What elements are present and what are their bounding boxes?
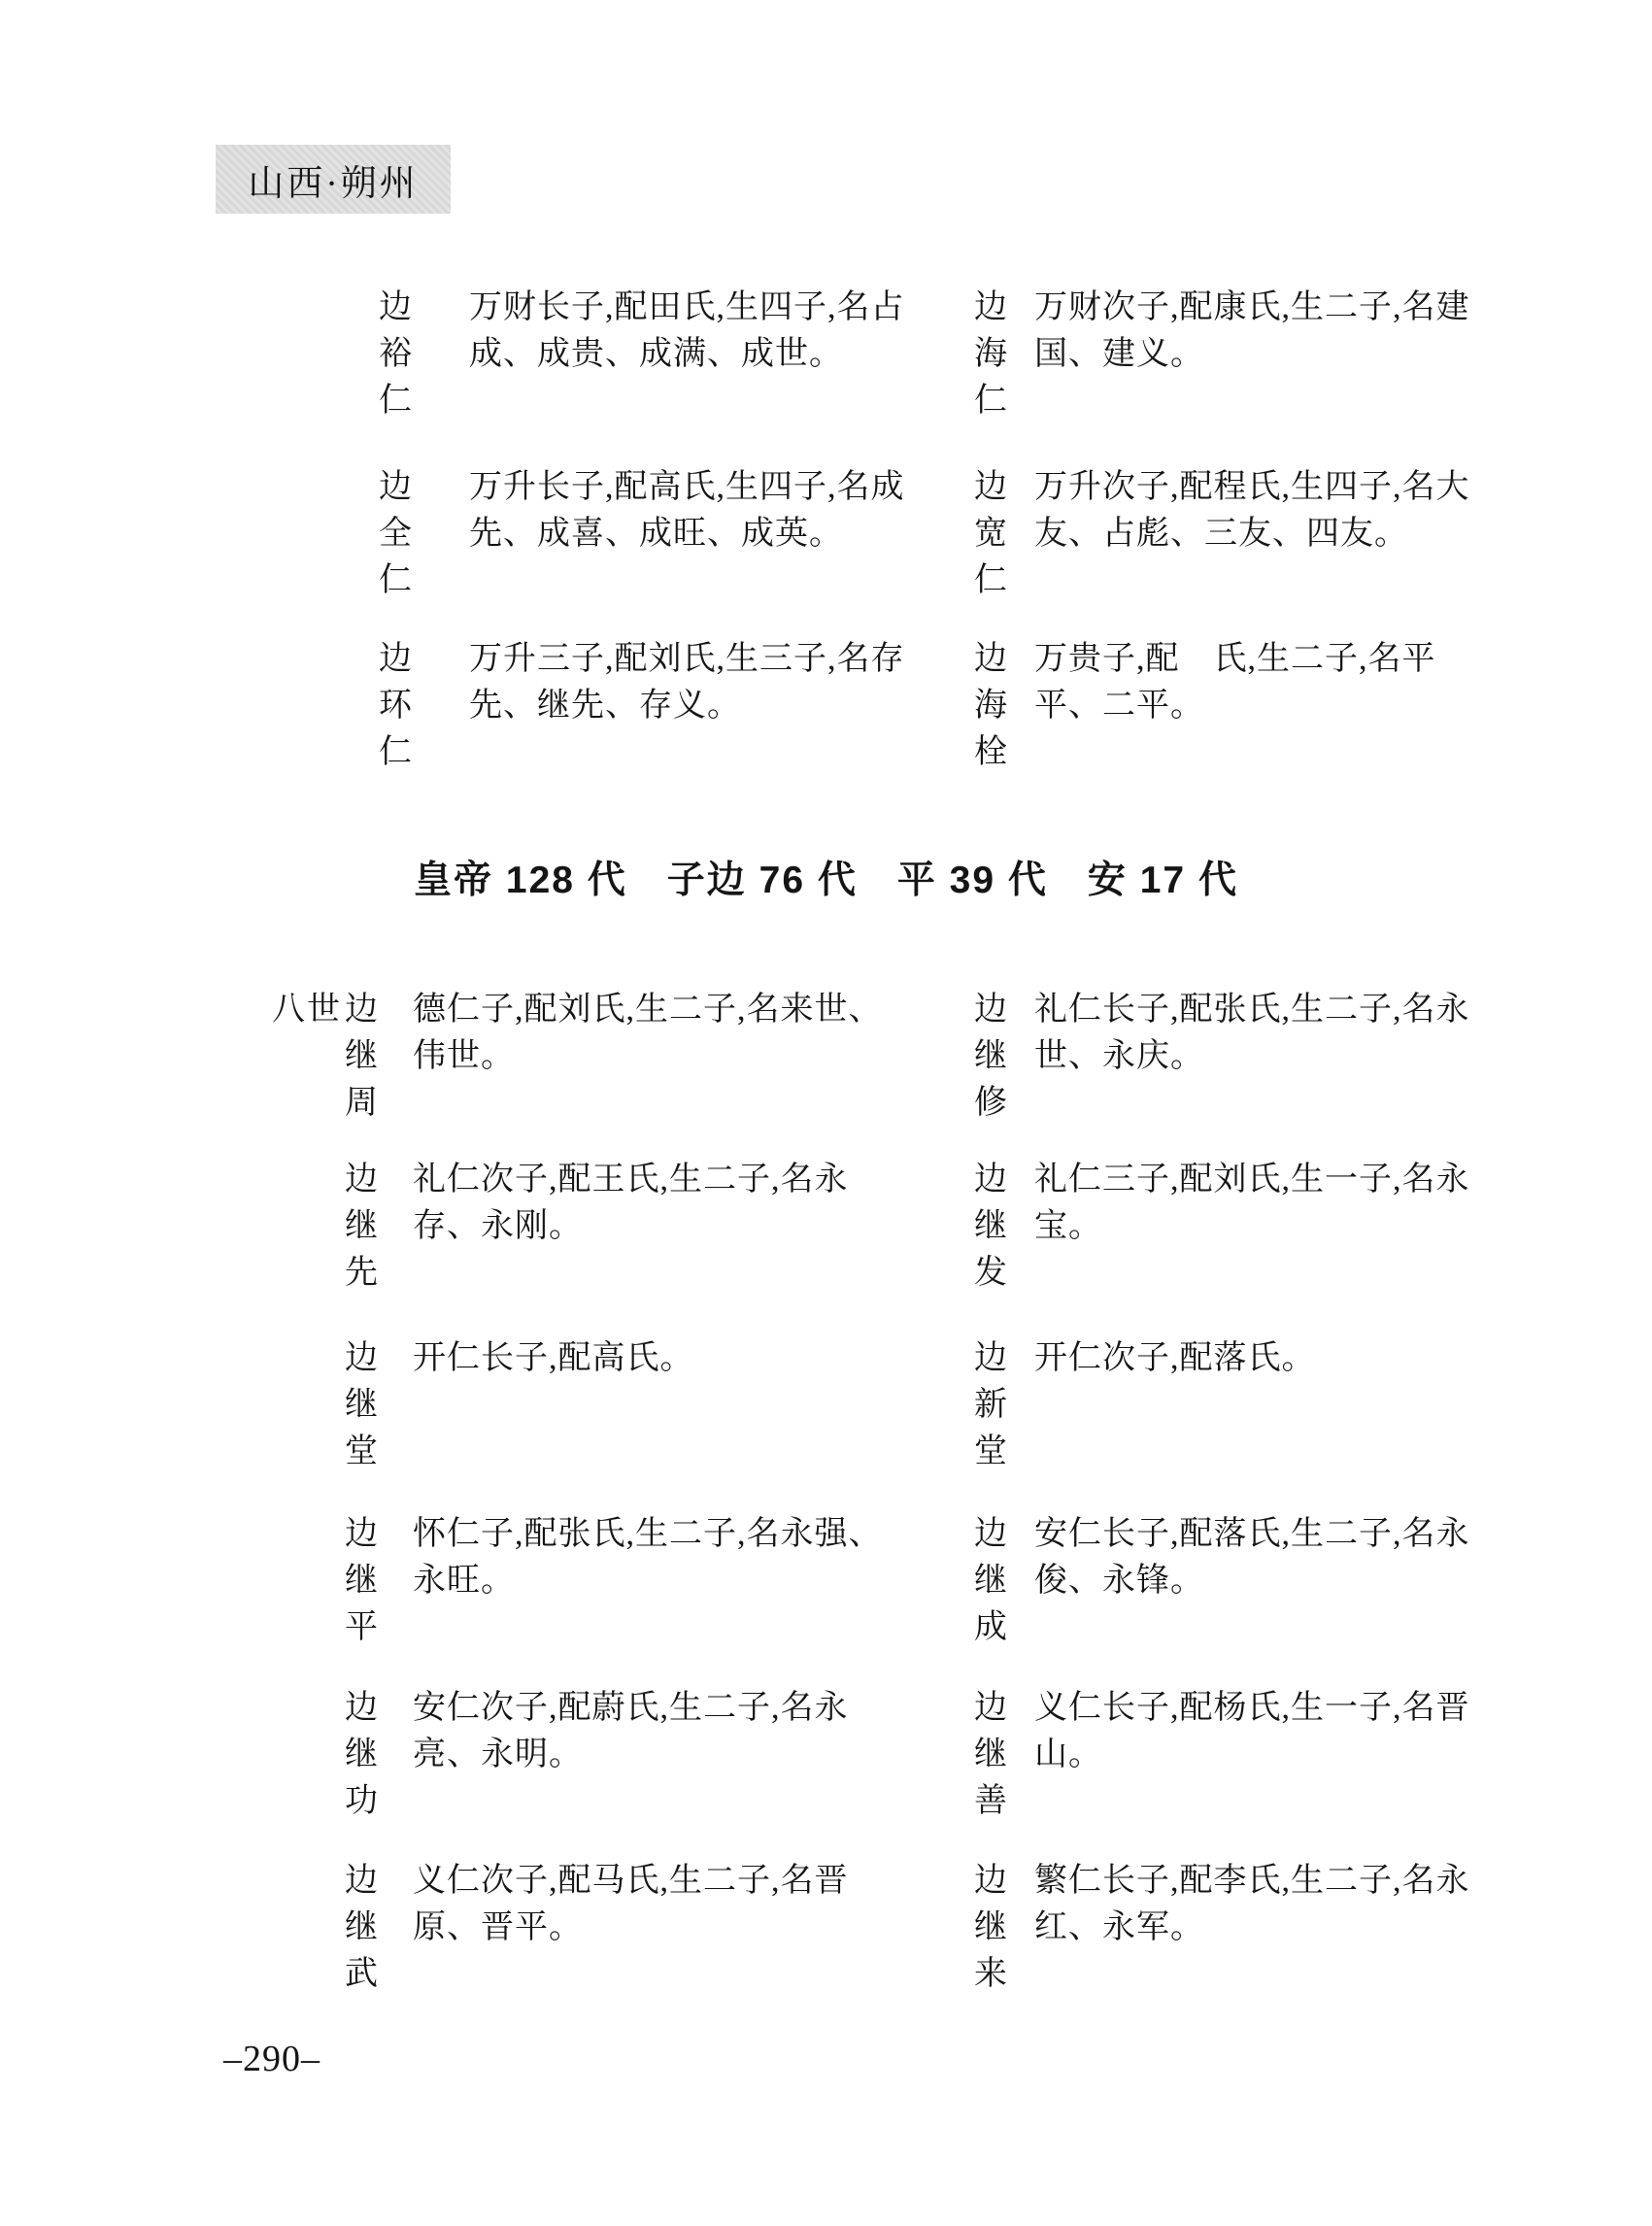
entry-right: 边继发 礼仁三子,配刘氏,生一子,名永宝。	[974, 1157, 1483, 1297]
person-record: 万财次子,配康氏,生二子,名建国、建义。	[1034, 285, 1483, 378]
person-record: 万升次子,配程氏,生四子,名大友、占彪、三友、四友。	[1034, 464, 1483, 557]
entry-row: 边裕仁 万财长子,配田氏,生四子,名占成、成贵、成满、成世。 边海仁 万财次子,…	[0, 285, 1652, 430]
entry-right: 边继成 安仁长子,配落氏,生二子,名永俊、永锋。	[974, 1511, 1483, 1651]
entry-left: 边继先 礼仁次子,配王氏,生二子,名永存、永刚。	[345, 1157, 893, 1297]
person-record: 万升长子,配高氏,生四子,名成先、成喜、成旺、成英。	[469, 464, 914, 557]
entry-right: 边继修 礼仁长子,配张氏,生二子,名永世、永庆。	[974, 987, 1483, 1127]
person-record: 德仁子,配刘氏,生二子,名来世、伟世。	[413, 987, 893, 1080]
entry-row: 边继堂 开仁长子,配高氏。 边新堂 开仁次子,配落氏。	[0, 1335, 1652, 1481]
person-record: 安仁长子,配落氏,生二子,名永俊、永锋。	[1034, 1511, 1483, 1604]
entry-right: 边海栓 万贵子,配 氏,生二子,名平平、二平。	[974, 636, 1483, 776]
entry-row: 边继功 安仁次子,配蔚氏,生二子,名永亮、永明。 边继善 义仁长子,配杨氏,生一…	[0, 1685, 1652, 1831]
entry-row: 边环仁 万升三子,配刘氏,生三子,名存先、继先、存义。 边海栓 万贵子,配 氏,…	[0, 636, 1652, 782]
person-name: 边继武	[345, 1858, 380, 1998]
person-name: 边继善	[974, 1685, 1009, 1825]
entry-left: 边继周 德仁子,配刘氏,生二子,名来世、伟世。	[345, 987, 893, 1127]
generation-marker: 八世	[272, 987, 342, 1033]
person-name: 边全仁	[379, 464, 414, 604]
page-number: –290–	[223, 2038, 320, 2080]
entry-left: 边继功 安仁次子,配蔚氏,生二子,名永亮、永明。	[345, 1685, 893, 1825]
person-record: 礼仁三子,配刘氏,生一子,名永宝。	[1034, 1157, 1483, 1250]
person-name: 边继成	[974, 1511, 1009, 1651]
region-badge-label: 山西·朔州	[248, 153, 418, 206]
region-badge: 山西·朔州	[216, 145, 451, 214]
person-name: 边环仁	[379, 636, 414, 776]
entry-left: 边裕仁 万财长子,配田氏,生四子,名占成、成贵、成满、成世。	[379, 285, 914, 424]
person-name: 边继先	[345, 1157, 380, 1297]
person-name: 边继平	[345, 1511, 380, 1651]
person-record: 开仁次子,配落氏。	[1034, 1335, 1483, 1382]
entry-row: 边继武 义仁次子,配马氏,生二子,名晋原、晋平。 边继来 繁仁长子,配李氏,生二…	[0, 1858, 1652, 2004]
entry-left: 边全仁 万升长子,配高氏,生四子,名成先、成喜、成旺、成英。	[379, 464, 914, 604]
entry-left: 边继武 义仁次子,配马氏,生二子,名晋原、晋平。	[345, 1858, 893, 1998]
person-name: 边继来	[974, 1858, 1009, 1998]
entry-row: 八世 边继周 德仁子,配刘氏,生二子,名来世、伟世。 边继修 礼仁长子,配张氏,…	[0, 987, 1652, 1132]
entry-row: 边继先 礼仁次子,配王氏,生二子,名永存、永刚。 边继发 礼仁三子,配刘氏,生一…	[0, 1157, 1652, 1302]
person-record: 万财长子,配田氏,生四子,名占成、成贵、成满、成世。	[469, 285, 914, 378]
person-name: 边裕仁	[379, 285, 414, 424]
entry-right: 边继善 义仁长子,配杨氏,生一子,名晋山。	[974, 1685, 1483, 1825]
person-name: 边继修	[974, 987, 1009, 1127]
person-record: 繁仁长子,配李氏,生二子,名永红、永军。	[1034, 1858, 1483, 1951]
entry-right: 边宽仁 万升次子,配程氏,生四子,名大友、占彪、三友、四友。	[974, 464, 1483, 604]
person-record: 礼仁次子,配王氏,生二子,名永存、永刚。	[413, 1157, 893, 1250]
entry-row: 边全仁 万升长子,配高氏,生四子,名成先、成喜、成旺、成英。 边宽仁 万升次子,…	[0, 464, 1652, 610]
person-record: 万升三子,配刘氏,生三子,名存先、继先、存义。	[469, 636, 914, 729]
person-record: 礼仁长子,配张氏,生二子,名永世、永庆。	[1034, 987, 1483, 1080]
person-name: 边继功	[345, 1685, 380, 1825]
person-record: 义仁次子,配马氏,生二子,名晋原、晋平。	[413, 1858, 893, 1951]
entry-row: 边继平 怀仁子,配张氏,生二子,名永强、永旺。 边继成 安仁长子,配落氏,生二子…	[0, 1511, 1652, 1657]
generation-count-heading: 皇帝 128 代 子边 76 代 平 39 代 安 17 代	[0, 859, 1652, 903]
entry-right: 边新堂 开仁次子,配落氏。	[974, 1335, 1483, 1475]
entry-right: 边海仁 万财次子,配康氏,生二子,名建国、建义。	[974, 285, 1483, 424]
entry-left: 边继平 怀仁子,配张氏,生二子,名永强、永旺。	[345, 1511, 893, 1651]
person-record: 开仁长子,配高氏。	[413, 1335, 893, 1382]
person-name: 边继发	[974, 1157, 1009, 1297]
person-name: 边海仁	[974, 285, 1009, 424]
person-name: 边继堂	[345, 1335, 380, 1475]
genealogy-page: 山西·朔州 边裕仁 万财长子,配田氏,生四子,名占成、成贵、成满、成世。 边海仁…	[0, 0, 1652, 2226]
entry-right: 边继来 繁仁长子,配李氏,生二子,名永红、永军。	[974, 1858, 1483, 1998]
person-record: 义仁长子,配杨氏,生一子,名晋山。	[1034, 1685, 1483, 1778]
person-name: 边海栓	[974, 636, 1009, 776]
person-record: 万贵子,配 氏,生二子,名平平、二平。	[1034, 636, 1483, 729]
person-name: 边新堂	[974, 1335, 1009, 1475]
entry-left: 边继堂 开仁长子,配高氏。	[345, 1335, 893, 1475]
person-name: 边宽仁	[974, 464, 1009, 604]
person-record: 安仁次子,配蔚氏,生二子,名永亮、永明。	[413, 1685, 893, 1778]
person-record: 怀仁子,配张氏,生二子,名永强、永旺。	[413, 1511, 893, 1604]
person-name: 边继周	[345, 987, 380, 1127]
entry-left: 边环仁 万升三子,配刘氏,生三子,名存先、继先、存义。	[379, 636, 914, 776]
